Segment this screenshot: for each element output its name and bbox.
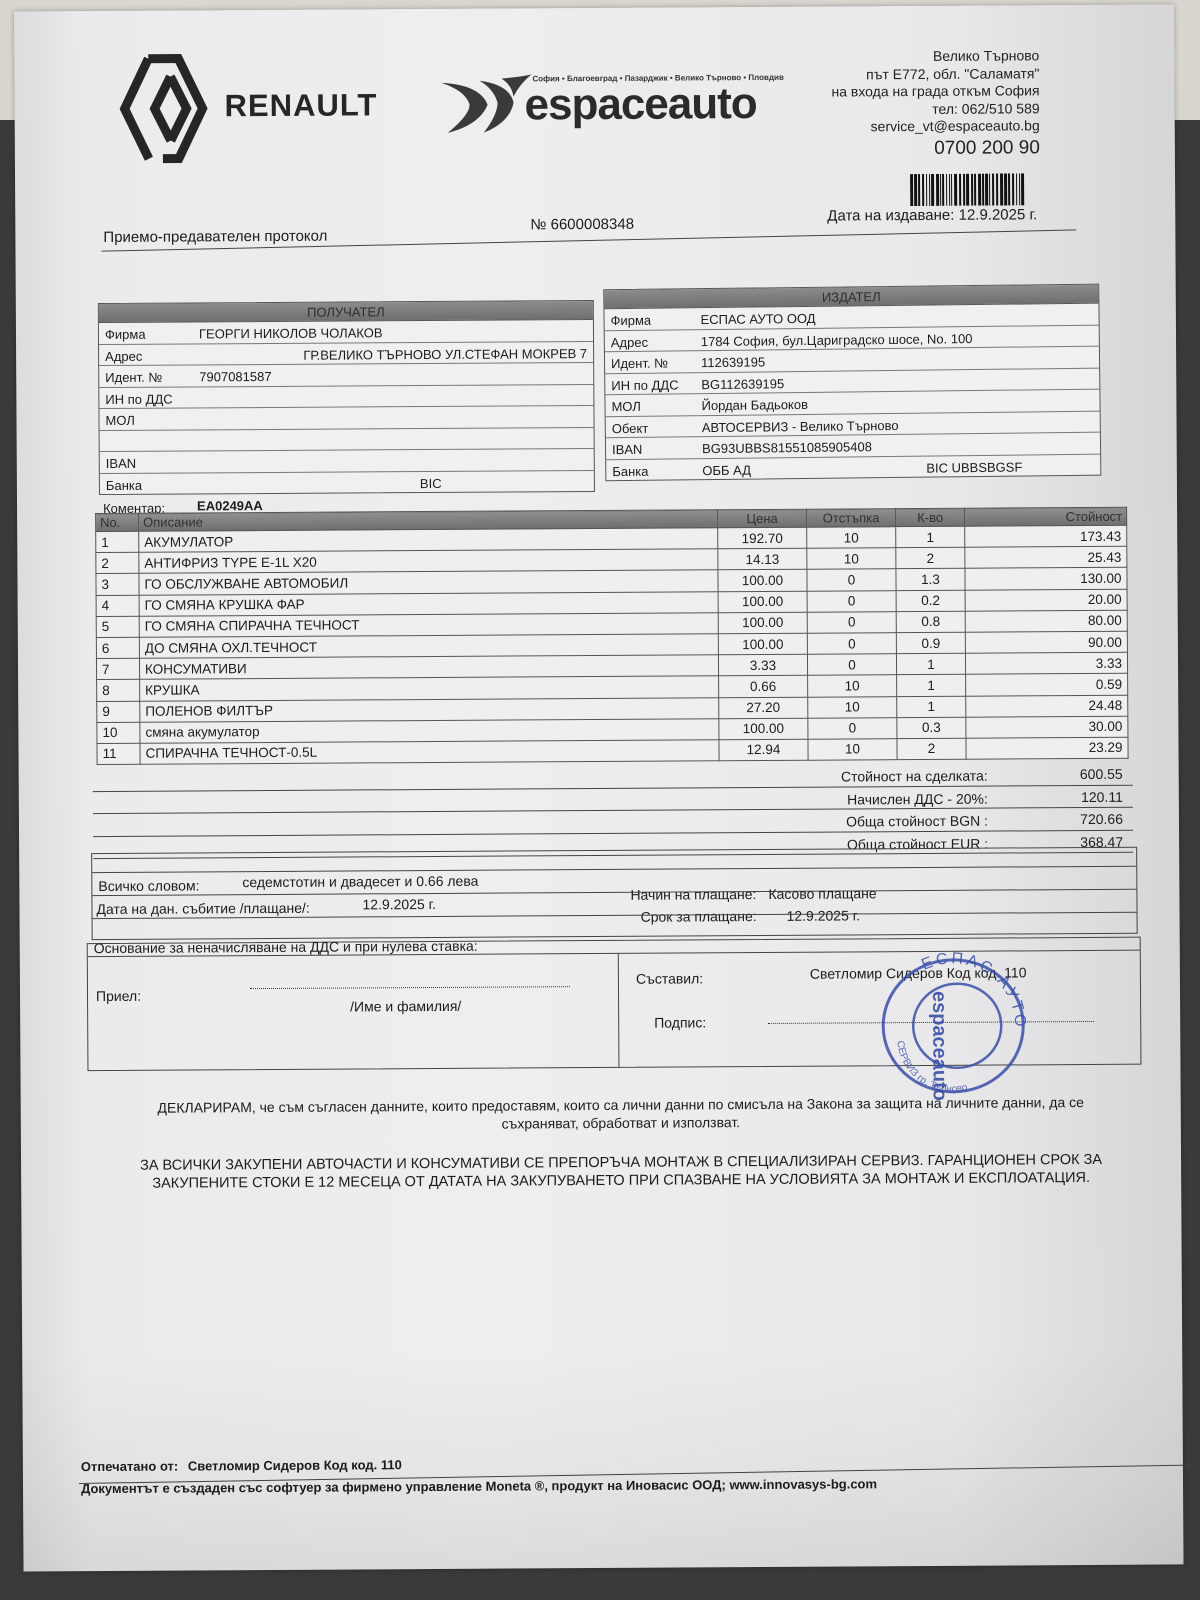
gdpr-declaration: ДЕКЛАРИРАМ, че съм съгласен данните, кои… — [101, 1093, 1141, 1135]
col-no: No. — [96, 513, 139, 531]
recipient-row-vat: ИН по ДДС — [99, 385, 593, 410]
cell-no: 7 — [96, 658, 139, 679]
cell-value: 20.00 — [965, 589, 1127, 611]
cell-price: 100.00 — [718, 570, 807, 592]
document-number: № 6600008348 — [530, 216, 634, 234]
printed-by: Отпечатано от: Светломир Сидеров Код код… — [81, 1457, 402, 1474]
cell-qty: 1 — [897, 696, 966, 718]
cell-discount: 10 — [807, 527, 896, 549]
cell-price: 3.33 — [718, 654, 807, 676]
cell-qty: 2 — [896, 547, 965, 569]
recipient-row-blank — [100, 428, 594, 453]
cell-value: 30.00 — [966, 716, 1128, 738]
cell-qty: 1 — [897, 675, 966, 697]
col-discount: Отстъпка — [807, 509, 896, 528]
cell-no: 3 — [96, 574, 139, 595]
cell-price: 100.00 — [718, 633, 807, 655]
svg-text:espaceauto: espaceauto — [928, 991, 951, 1101]
cell-price: 100.00 — [718, 591, 807, 613]
recipient-row-iban: IBAN — [100, 449, 594, 474]
warranty-note: ЗА ВСИЧКИ ЗАКУПЕНИ АВТОЧАСТИ И КОНСУМАТИ… — [101, 1151, 1141, 1193]
cell-qty: 0.3 — [897, 717, 966, 739]
cell-discount: 10 — [808, 675, 897, 697]
cell-value: 25.43 — [965, 546, 1127, 568]
tax-event-label: Дата на дан. събитие /плащане/: — [96, 900, 309, 917]
espaceauto-swoosh-icon — [439, 74, 534, 135]
cell-qty: 2 — [897, 738, 966, 760]
espaceauto-wordmark: espaceauto — [524, 79, 756, 130]
recipient-row-address: АдресГР.ВЕЛИКО ТЪРНОВО УЛ.СТЕФАН МОКРЕВ … — [99, 342, 593, 367]
issuer-row-bank: БанкаОББ АДBIC UBBSBGSF — [606, 454, 1100, 480]
payment-method-label: Начин на плащане: — [630, 886, 756, 903]
document-title: Приемо-предавателен протокол — [103, 228, 327, 246]
cell-no: 2 — [96, 552, 139, 573]
cell-desc: СПИРАЧНА ТЕЧНОСТ-0.5L — [140, 740, 719, 765]
cell-no: 1 — [96, 531, 139, 552]
contact-email: service_vt@espaceauto.bg — [832, 117, 1040, 136]
cell-discount: 10 — [807, 548, 896, 570]
cell-price: 100.00 — [718, 612, 807, 634]
cell-no: 9 — [97, 701, 140, 722]
cell-value: 90.00 — [965, 631, 1127, 653]
recipient-box: ПОЛУЧАТЕЛ ФирмаГЕОРГИ НИКОЛОВ ЧОЛАКОВ Ад… — [98, 300, 595, 495]
cell-value: 130.00 — [965, 568, 1127, 590]
cell-value: 23.29 — [966, 737, 1128, 759]
dealer-contact-block: Велико Търново път Е772, обл. "Саламатя"… — [831, 47, 1040, 162]
cell-no: 5 — [96, 616, 139, 637]
received-signature-line — [250, 985, 570, 989]
cell-no: 6 — [96, 637, 139, 658]
cell-discount: 10 — [808, 696, 897, 718]
totals-block: Стойност на сделката:600.55 Начислен ДДС… — [93, 763, 1134, 859]
cell-value: 80.00 — [965, 610, 1127, 632]
contact-entry: на входа на града откъм София — [831, 82, 1039, 101]
tax-event-value: 12.9.2025 г. — [362, 896, 436, 912]
renault-diamond-logo-icon — [118, 52, 209, 165]
cell-discount: 10 — [808, 739, 897, 761]
cell-qty: 0.2 — [896, 590, 965, 612]
cell-discount: 0 — [807, 611, 896, 633]
cell-discount: 0 — [807, 569, 896, 591]
cell-discount: 0 — [807, 633, 896, 655]
cell-price: 192.70 — [718, 527, 807, 549]
barcode-icon — [910, 173, 1026, 206]
cell-price: 100.00 — [719, 718, 808, 740]
recipient-row-mol: МОЛ — [99, 406, 593, 431]
signature-divider — [618, 953, 620, 1067]
issue-date: Дата на издаване: 12.9.2025 г. — [827, 206, 1037, 224]
cell-value: 24.48 — [966, 695, 1128, 717]
cell-qty: 1 — [896, 653, 965, 675]
cell-qty: 0.8 — [896, 611, 965, 633]
col-value: Стойност — [965, 507, 1127, 526]
cell-qty: 1 — [896, 526, 965, 548]
contact-road: път Е772, обл. "Саламатя" — [831, 65, 1039, 84]
payment-method-value: Касово плащане — [768, 885, 876, 902]
cell-value: 0.59 — [966, 674, 1128, 696]
cell-qty: 0.9 — [896, 632, 965, 654]
issuer-box: ИЗДАТЕЛ ФирмаЕСПАС АУТО ООД Адрес1784 Со… — [603, 284, 1101, 482]
software-note: Документът е създаден със софтуер за фир… — [81, 1476, 877, 1496]
compiled-by-label: Съставил: — [636, 970, 703, 986]
received-label: Приел: — [96, 988, 141, 1004]
contact-city: Велико Търново — [831, 47, 1039, 66]
recipient-row-id: Идент. №7907081587 — [99, 363, 593, 388]
cell-qty: 1.3 — [896, 569, 965, 591]
amount-words-label: Всичко словом: — [98, 877, 199, 894]
cell-price: 0.66 — [719, 676, 808, 698]
cell-discount: 0 — [807, 654, 896, 676]
signature-label: Подпис: — [654, 1014, 706, 1030]
cell-value: 173.43 — [965, 525, 1127, 547]
name-hint: /Име и фамилия/ — [350, 998, 461, 1015]
contact-phone: тел: 062/510 589 — [832, 100, 1040, 119]
cell-price: 12.94 — [719, 739, 808, 761]
cell-price: 27.20 — [719, 697, 808, 719]
contact-hotline: 0700 200 90 — [832, 135, 1040, 162]
payment-box: Всичко словом: седемстотин и двадесет и … — [91, 847, 1138, 940]
renault-wordmark: RENAULT — [224, 87, 377, 124]
cell-value: 3.33 — [965, 652, 1127, 674]
col-price: Цена — [718, 509, 807, 528]
cell-no: 11 — [97, 743, 140, 764]
amount-words-value: седемстотин и двадесет и 0.66 лева — [242, 873, 478, 890]
cell-no: 8 — [97, 680, 140, 701]
cell-discount: 0 — [808, 717, 897, 739]
cell-no: 4 — [96, 595, 139, 616]
company-stamp-icon: ЕСПАС АУТО ООД СЕРВИЗ гр. Търново espace… — [865, 950, 1041, 1101]
items-table: No. Описание Цена Отстъпка К-во Стойност… — [95, 507, 1129, 765]
cell-no: 10 — [97, 722, 140, 743]
cell-discount: 0 — [807, 590, 896, 612]
document-page: RENAULT София • Благоевград • Пазарджик … — [14, 4, 1184, 1571]
cell-price: 14.13 — [718, 548, 807, 570]
recipient-row-firm: ФирмаГЕОРГИ НИКОЛОВ ЧОЛАКОВ — [99, 320, 593, 345]
col-qty: К-во — [896, 508, 965, 526]
recipient-row-bank: БанкаBIC — [100, 471, 594, 495]
